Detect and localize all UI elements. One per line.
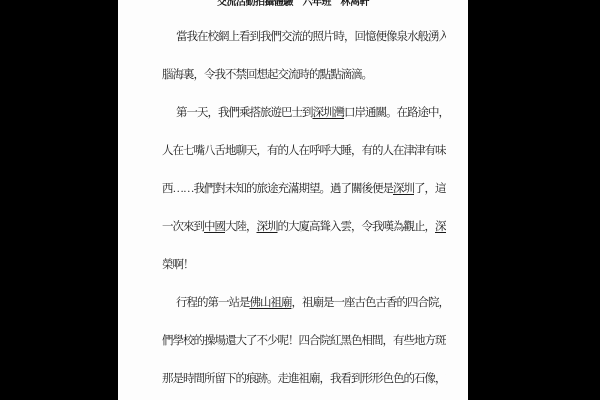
text-line: 人在七嘴八舌地聊天，有的人在呼呼大睡，有的人在津津有味地吃東 <box>162 132 446 170</box>
text-segment: 的大廈高聳入雲，令我嘆為觀止， <box>278 221 436 233</box>
text-line: 們學校的操場還大了不少呢！四合院紅黑色相間，有些地方斑駁殘缺 <box>162 322 446 360</box>
proper-noun-underlined: 中國 <box>204 221 225 233</box>
text-line: 一次來到中國大陸，深圳的大廈高聳入雲，令我嘆為觀止，深圳真繁 <box>162 208 446 246</box>
document-page: 交流活動拍攝體驗 六年班 林雋軒 當我在校網上看到我們交流的照片時，回憶便像泉水… <box>118 0 468 400</box>
text-line: 第一天，我們乘搭旅遊巴士到深圳灣口岸通關。在路途中，有的 <box>162 94 446 132</box>
text-segment: 一次來到 <box>162 221 204 233</box>
text-segment: 口岸通關。在路途中，有的 <box>344 107 446 119</box>
text-segment: 那是時間所留下的痕跡。走進祖廟，我看到形形色色的石像，數不清 <box>162 373 446 385</box>
text-line: 行程的第一站是佛山祖廟，祖廟是一座古色古香的四合院，比我 <box>162 284 446 322</box>
text-segment: ，祖廟是一座古色古香的四合院，比我 <box>292 297 447 309</box>
text-segment: 西……我們對未知的旅途充滿期望。過了關後便是 <box>162 183 393 195</box>
text-segment: 第一天，我們乘搭旅遊巴士到 <box>176 107 313 119</box>
document-body: 當我在校網上看到我們交流的照片時，回憶便像泉水般湧入我的腦海裏，令我不禁回想起交… <box>162 18 446 398</box>
text-segment: 人在七嘴八舌地聊天，有的人在呼呼大睡，有的人在津津有味地吃東 <box>162 145 446 157</box>
proper-noun-underlined: 深圳 <box>393 183 414 195</box>
text-line: 當我在校網上看到我們交流的照片時，回憶便像泉水般湧入我的 <box>162 18 446 56</box>
text-segment: 榮啊！ <box>162 259 194 271</box>
photo-background: 交流活動拍攝體驗 六年班 林雋軒 當我在校網上看到我們交流的照片時，回憶便像泉水… <box>0 0 600 400</box>
text-segment: 了，這是我第 <box>414 183 446 195</box>
document-title: 交流活動拍攝體驗 六年班 林雋軒 <box>118 0 468 8</box>
proper-noun-underlined: 深圳 <box>257 221 278 233</box>
text-segment: 們學校的操場還大了不少呢！四合院紅黑色相間，有些地方斑駁殘缺 <box>162 335 446 347</box>
text-segment: 行程的第一站是 <box>176 297 250 309</box>
text-segment: 當我在校網上看到我們交流的照片時，回憶便像泉水般湧入我的 <box>176 31 446 43</box>
proper-noun-underlined: 佛山祖廟 <box>250 297 292 309</box>
text-segment: 大陸， <box>225 221 257 233</box>
proper-noun-underlined: 深圳灣 <box>313 107 345 119</box>
text-line: 榮啊！ <box>162 246 446 284</box>
text-line: 那是時間所留下的痕跡。走進祖廟，我看到形形色色的石像，數不清 <box>162 360 446 398</box>
text-line: 西……我們對未知的旅途充滿期望。過了關後便是深圳了，這是我第 <box>162 170 446 208</box>
text-line: 腦海裏，令我不禁回想起交流時的點點滴滴。 <box>162 56 446 94</box>
text-segment: 腦海裏，令我不禁回想起交流時的點點滴滴。 <box>162 69 372 81</box>
proper-noun-underlined: 深圳 <box>435 221 446 233</box>
